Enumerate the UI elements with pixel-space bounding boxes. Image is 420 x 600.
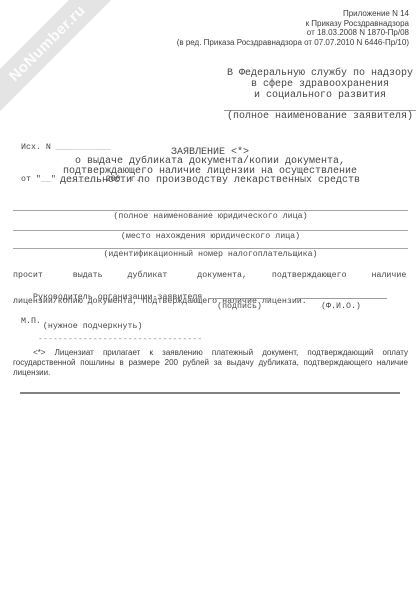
fio-blank-field: [295, 289, 387, 299]
signature-label: Руководитель организации-заявителя: [13, 293, 202, 302]
watermark-text: NoNumber.ru: [5, 1, 88, 84]
underline-note: (нужное подчеркнуть): [13, 323, 413, 332]
fio-caption: (Ф.И.О.): [295, 302, 387, 311]
document-title: ЗАЯВЛЕНИЕ <*> о выдаче дубликата докумен…: [0, 148, 420, 186]
footnote-divider: ---------------------------------: [38, 335, 202, 344]
addressee-line: и социального развития: [224, 91, 416, 102]
request-line: просит выдать дубликат документа, подтве…: [13, 272, 413, 281]
approval-note-line: от 18.03.2008 N 1870-Пр/08: [177, 28, 409, 38]
document-page: NoNumber.ru Приложение N 14 к Приказу Ро…: [0, 0, 420, 600]
legal-address-caption: (место нахождения юридического лица): [13, 232, 408, 241]
signature-blank-field: [208, 289, 271, 299]
bottom-rule: [20, 392, 400, 394]
legal-name-field: (полное наименование юридического лица): [13, 210, 408, 221]
approval-note-line: к Приказу Росздравнадзора: [177, 19, 409, 29]
legal-address-field: (место нахождения юридического лица): [13, 230, 408, 241]
signature-caption: (подпись): [208, 302, 271, 311]
addressee-block: В Федеральную службу по надзору в сфере …: [224, 69, 416, 123]
approval-note-line: (в ред. Приказа Росздравнадзора от 07.07…: [177, 38, 409, 48]
legal-name-caption: (полное наименование юридического лица): [13, 212, 408, 221]
approval-note: Приложение N 14 к Приказу Росздравнадзор…: [177, 9, 409, 47]
title-line: деятельности по производству лекарственн…: [0, 176, 420, 185]
addressee-line: в сфере здравоохранения: [224, 80, 416, 91]
applicant-name-caption: (полное наименование заявителя): [224, 112, 416, 123]
watermark-band: NoNumber.ru: [0, 0, 118, 114]
approval-note-line: Приложение N 14: [177, 9, 409, 19]
footnote-text: <*> Лицензиат прилагает к заявлению плат…: [13, 348, 408, 378]
stamp-place-label: М.П.: [21, 317, 41, 326]
signature-row: Руководитель организации-заявителя (подп…: [13, 289, 413, 302]
